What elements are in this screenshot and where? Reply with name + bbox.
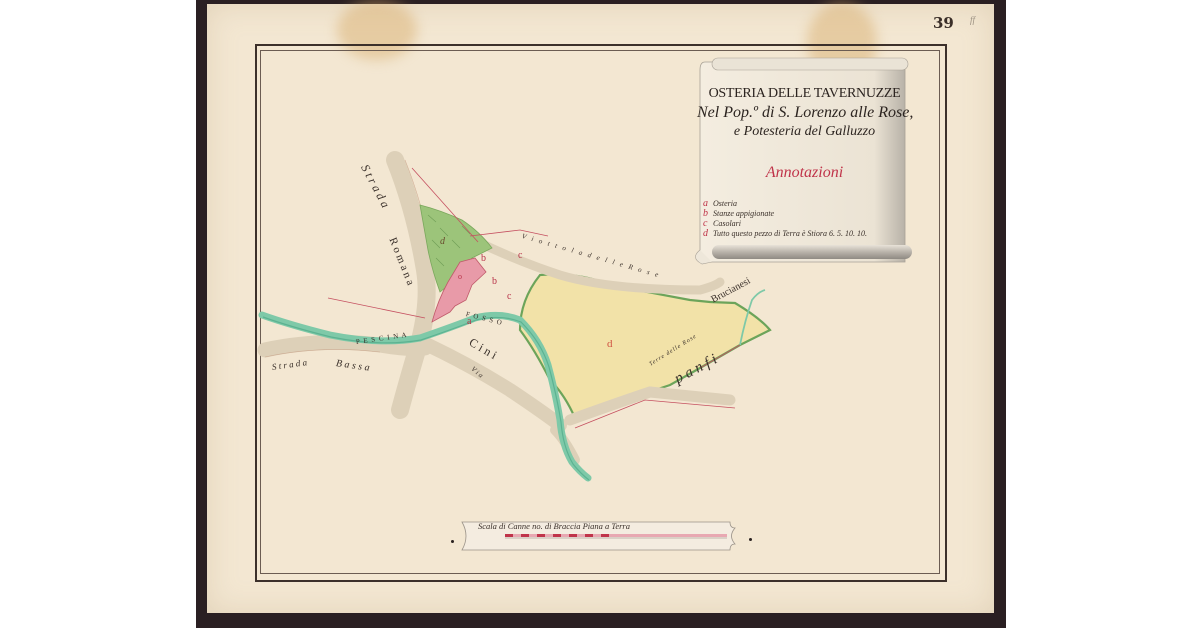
map-drawing (0, 0, 1200, 628)
legend-item: a Osteria (703, 198, 913, 208)
legend-text: Stanze appigionate (713, 209, 774, 218)
legend-text: Osteria (713, 199, 737, 208)
plot-label-d-woods: d (440, 236, 445, 247)
legend-item: b Stanze appigionate (703, 208, 913, 218)
title-line-3: e Potesteria del Galluzzo (697, 122, 912, 141)
plot-label-b: b (481, 253, 486, 264)
plot-label-a: a (467, 316, 471, 327)
plot-label-c: c (507, 291, 511, 302)
legend-item: c Casolari (703, 218, 913, 228)
scale-dot-right (749, 538, 752, 541)
plot-label-o: o (458, 272, 462, 281)
legend-key: d (703, 228, 713, 239)
legend-text: Tutto questo pezzo di Terra è Stiora 6. … (713, 229, 867, 238)
scale-label: Scala di Canne no. di Braccia Piana a Te… (478, 521, 630, 531)
scale-dot-left (451, 540, 454, 543)
annotations-heading: Annotazioni (697, 164, 912, 182)
legend-item: d Tutto questo pezzo di Terra è Stiora 6… (703, 228, 913, 238)
plot-label-b: b (492, 276, 497, 287)
legend-text: Casolari (713, 219, 741, 228)
plot-label-c: c (518, 250, 522, 261)
plot-label-d-field: d (607, 338, 613, 350)
legend: a Osteria b Stanze appigionate c Casolar… (703, 198, 913, 238)
cartouche-title: OSTERIA DELLE TAVERNUZZE Nel Pop.º di S.… (697, 84, 912, 141)
title-line-1: OSTERIA DELLE TAVERNUZZE (697, 84, 912, 103)
title-line-2: Nel Pop.º di S. Lorenzo alle Rose, (697, 103, 912, 122)
